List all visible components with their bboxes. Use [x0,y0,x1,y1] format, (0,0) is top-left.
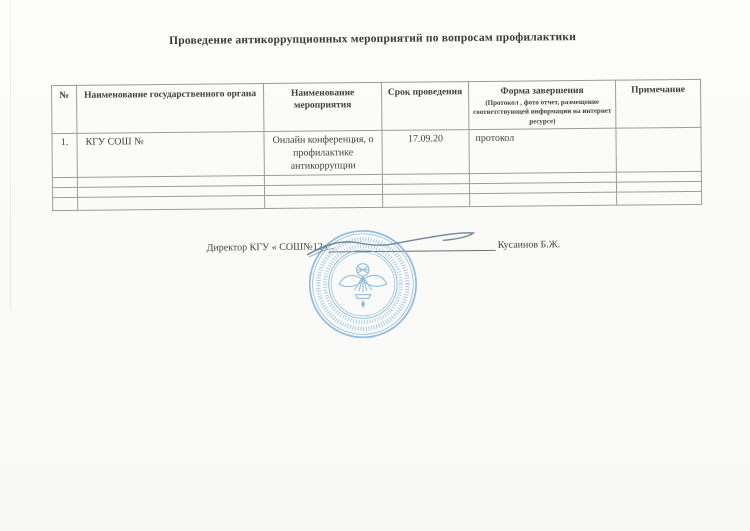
cell-event: Онлайн конференция, о профилактике антик… [264,130,382,175]
header-event: Наименование мероприятия [263,82,381,131]
cell-note [616,127,701,172]
cell-date [383,193,470,207]
header-form-label: Форма завершения [472,85,612,99]
cell-num [52,177,77,187]
cell-date: 17.09.20 [382,129,469,174]
table-header-row: № Наименование государственного органа Н… [52,79,701,133]
cell-num: 1. [52,133,77,177]
header-date: Срок проведения [381,82,468,130]
cell-form [470,192,617,206]
measures-table: № Наименование государственного органа Н… [51,79,702,211]
header-form: Форма завершения (Протокол , фото отчет,… [468,80,615,129]
cell-num [52,187,77,197]
header-note: Примечание [615,79,700,127]
header-form-subtext: (Протокол , фото отчет, размещение соотв… [472,98,612,127]
table-row-1: 1. КГУ СОШ № Онлайн конференция, о профи… [52,127,701,177]
header-num: № [52,85,77,133]
document-title: Проведение антикоррупционных мероприятий… [0,29,748,48]
cell-org: КГУ СОШ № [77,131,264,177]
cell-num [53,197,78,210]
signatory-name: Кусаинов Б.Ж. [498,239,561,251]
scanned-document-page: Проведение антикоррупционных мероприятий… [0,0,750,531]
cell-org [78,195,265,210]
document-content: Проведение антикоррупционных мероприятий… [0,0,750,531]
seal-emblem [339,263,387,307]
handwritten-signature [297,225,492,261]
cell-event [265,194,383,208]
header-org: Наименование государственного органа [77,84,264,133]
cell-form: протокол [469,128,616,173]
cell-note [617,191,702,205]
